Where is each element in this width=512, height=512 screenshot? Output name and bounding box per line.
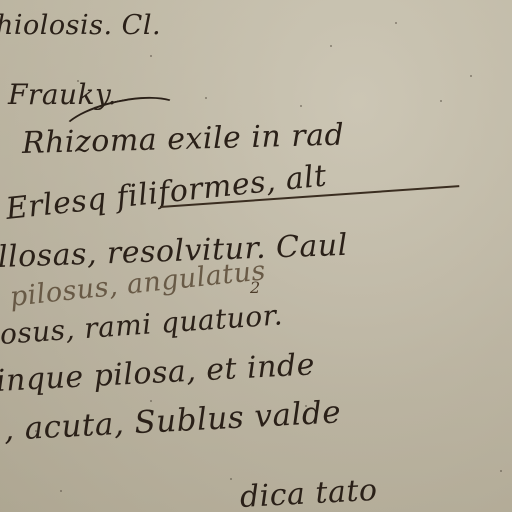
manuscript-line-10: dica tato — [239, 473, 378, 512]
paper-speck — [60, 490, 62, 492]
paper-speck — [470, 75, 472, 77]
paper-speck — [300, 105, 302, 107]
manuscript-page: hiolosis. Cl. Frauky. Rhizoma exile in r… — [0, 0, 512, 512]
paper-speck — [330, 45, 332, 47]
paper-speck — [440, 100, 442, 102]
manuscript-line-8: inque pilosa, et inde — [0, 347, 316, 399]
paper-speck — [150, 55, 152, 57]
manuscript-line-3: Rhizoma exile in rad — [22, 118, 345, 161]
paper-speck — [500, 470, 502, 472]
paper-speck — [230, 478, 232, 480]
paper-speck — [150, 400, 152, 402]
manuscript-line-1: hiolosis. Cl. — [0, 10, 161, 41]
manuscript-line-9: , acuta, Sublus valde — [3, 394, 342, 448]
manuscript-line-4: Erlesq filiformes, alt — [4, 158, 328, 227]
paper-speck — [395, 22, 397, 24]
paper-speck — [205, 97, 207, 99]
